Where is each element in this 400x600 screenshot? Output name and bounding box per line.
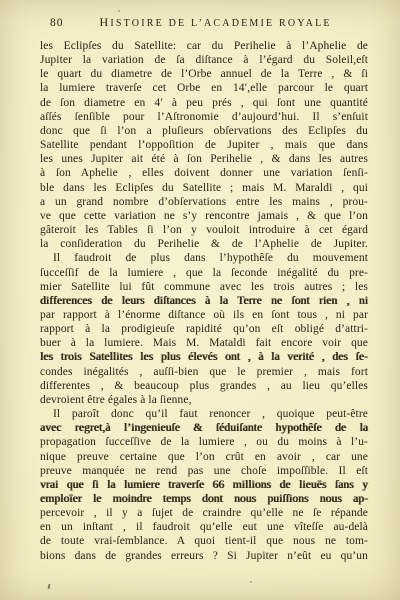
text-line: les trois Satellites les plus élevés ont…: [40, 350, 368, 364]
text-line: condes inégalités , auſſi-bien que le pr…: [40, 365, 368, 379]
text-line: vrai que ſi la lumiere traverſe 66 milli…: [40, 478, 368, 492]
text-line: à ſon Aphelie , elles doivent donner une…: [40, 166, 368, 180]
text-line: percevoir , il y a ſujet de craindre qu’…: [40, 506, 368, 520]
text-line: par rapport à l’énorme diſtance où ils e…: [40, 308, 368, 322]
text-line: preuve manquée ne rend pas une choſe imp…: [40, 464, 368, 478]
text-line: en un inſtant , il faudroit qu’elle eut …: [40, 520, 368, 534]
text-line: buer à la lumiere. Mais M. Mataldi fait …: [40, 336, 368, 350]
text-line: donc que ſi l’on a pluſieurs obſervation…: [40, 124, 368, 138]
text-line: les Eclipſes du Satellite: car du Perihe…: [40, 39, 368, 53]
running-title: HISTOIRE DE L’ACADEMIE ROYALE: [100, 15, 332, 30]
text-line: Satellite pendant l’oppoſition de Jupite…: [40, 138, 368, 152]
ink-speck: [250, 581, 252, 583]
text-line: nique preuve certaine que l’on crût en a…: [40, 450, 368, 464]
ink-speck: [48, 584, 51, 589]
text-line: avec regret,à l’ingenieuſe & ſéduiſante …: [40, 421, 368, 435]
text-line: la lumiere traverſe cet Orbe en 14′,elle…: [40, 81, 368, 95]
text-line: propagation ſucceſſive de la lumiere , o…: [40, 435, 368, 449]
text-line: Il paroît donc qu’il faut renoncer , quo…: [40, 407, 368, 421]
text-line: de ſon diametre en 4′ à peu prés , qui ſ…: [40, 96, 368, 110]
text-line: la conſideration du Perihelie & de l’Aph…: [40, 237, 368, 251]
text-line: de toute vrai-ſemblance. A quoi tient-il…: [40, 534, 368, 548]
text-line: gâteroit les Tables ſi l’on y vouloit in…: [40, 223, 368, 237]
text-line: ble dans les Eclipſes du Satellite ; mai…: [40, 181, 368, 195]
text-line: Jupiter la variation de ſa diſtance à l’…: [40, 53, 368, 67]
ink-speck: [118, 10, 120, 12]
text-line: differences de leurs diſtances à la Terr…: [40, 294, 368, 308]
text-line: aſſés ſenſible pour l’Aſtronomie d’aujou…: [40, 110, 368, 124]
text-line: mier Satellite lui fût commune avec les …: [40, 280, 368, 294]
page-header: 80 HISTOIRE DE L’ACADEMIE ROYALE: [40, 15, 370, 30]
text-line: Il faudroit de plus dans l’hypothêſe du …: [40, 251, 368, 265]
book-page: 80 HISTOIRE DE L’ACADEMIE ROYALE les Ecl…: [0, 0, 400, 600]
text-line: a un grand nombre d’obſervations entre l…: [40, 195, 368, 209]
body-text: les Eclipſes du Satellite: car du Perihe…: [40, 39, 368, 563]
text-line: bions dans de grandes erreurs ? Si Jupit…: [40, 549, 368, 563]
text-line: devroient être égales à la ſienne,: [40, 393, 368, 407]
text-line: rapport à la prodigieuſe rapidité qu’on …: [40, 322, 368, 336]
page-number: 80: [50, 17, 64, 29]
text-line: le quart du diametre de l’Orbe annuel de…: [40, 67, 368, 81]
text-line: ſucceſſif de la lumiere , que la ſeconde…: [40, 266, 368, 280]
text-line: emploïer le moindre temps dont nous puiſ…: [40, 492, 368, 506]
text-line: ve que cette variation ne s’y rencontre …: [40, 209, 368, 223]
text-line: les unes Jupiter ait été à ſon Perihelie…: [40, 152, 368, 166]
text-line: differentes , & beaucoup plus grandes , …: [40, 379, 368, 393]
